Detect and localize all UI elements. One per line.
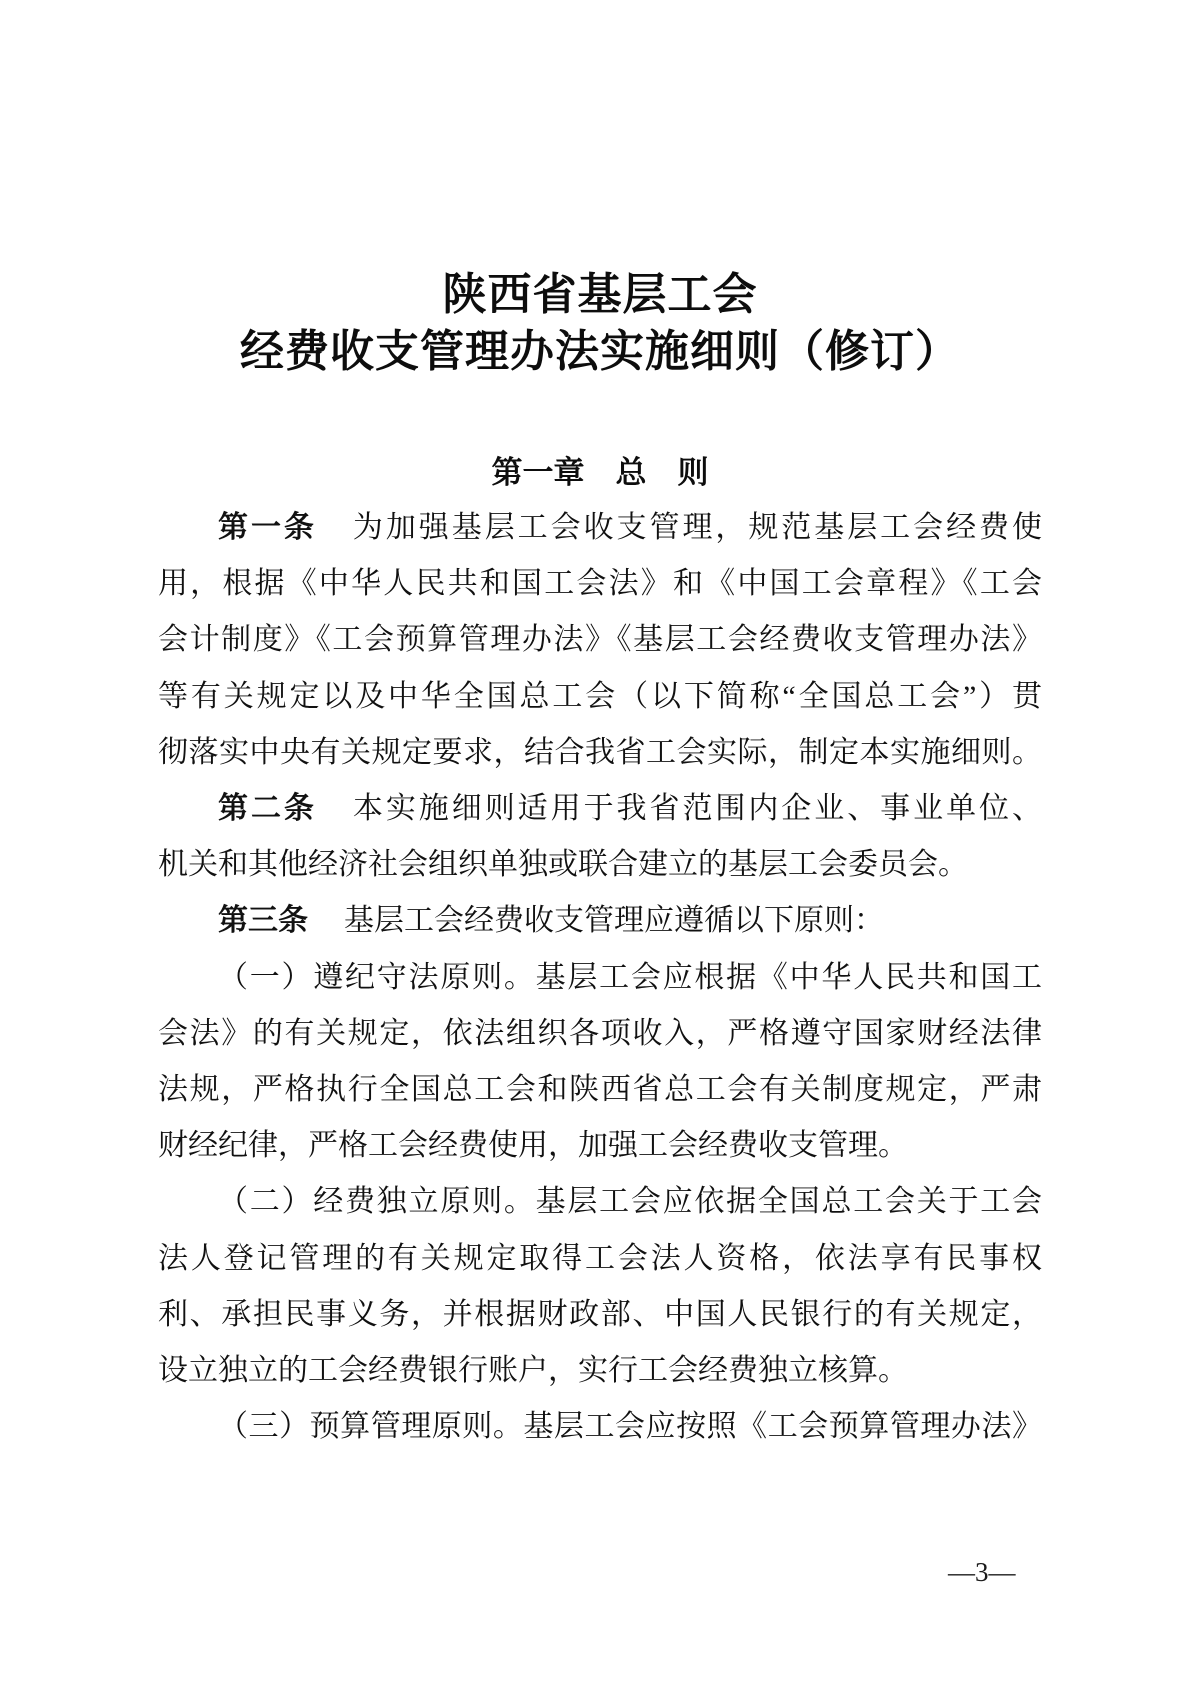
body-line: 设立独立的工会经费银行账户，实行工会经费独立核算。 (158, 1343, 1042, 1399)
document-title: 陕西省基层工会 经费收支管理办法实施细则（修订） (158, 266, 1042, 380)
line-text: 为加强基层工会收支管理，规范基层工会经费使 (353, 511, 1042, 544)
body-line: 第二条本实施细则适用于我省范围内企业、事业单位、 (158, 781, 1042, 837)
body-line: 会计制度》《工会预算管理办法》《基层工会经费收支管理办法》 (158, 612, 1042, 668)
body-line: 彻落实中央有关规定要求，结合我省工会实际，制定本实施细则。 (158, 725, 1042, 781)
page-number: —3— (948, 1556, 1016, 1588)
body-line: （一）遵纪守法原则。基层工会应根据《中华人民共和国工 (158, 950, 1042, 1006)
line-text: 法规，严格执行全国总工会和陕西省总工会有关制度规定，严肃 (158, 1073, 1042, 1106)
line-text: 机关和其他经济社会组织单独或联合建立的基层工会委员会。 (158, 848, 968, 881)
body-line: 财经纪律，严格工会经费使用，加强工会经费收支管理。 (158, 1118, 1042, 1174)
line-text: 用，根据《中华人民共和国工会法》和《中国工会章程》《工会 (158, 567, 1042, 600)
body-line: 第一条为加强基层工会收支管理，规范基层工会经费使 (158, 500, 1042, 556)
line-text: 利、承担民事义务，并根据财政部、中国人民银行的有关规定， (158, 1298, 1042, 1331)
document-body: 第一条为加强基层工会收支管理，规范基层工会经费使 用，根据《中华人民共和国工会法… (158, 500, 1042, 1455)
line-text: （三）预算管理原则。基层工会应按照《工会预算管理办法》 (218, 1410, 1042, 1443)
line-text: 设立独立的工会经费银行账户，实行工会经费独立核算。 (158, 1354, 908, 1387)
body-line: 用，根据《中华人民共和国工会法》和《中国工会章程》《工会 (158, 556, 1042, 612)
body-line: 会法》的有关规定，依法组织各项收入，严格遵守国家财经法律 (158, 1006, 1042, 1062)
line-text: 会计制度》《工会预算管理办法》《基层工会经费收支管理办法》 (158, 623, 1042, 656)
body-line: 法规，严格执行全国总工会和陕西省总工会有关制度规定，严肃 (158, 1062, 1042, 1118)
line-text: （一）遵纪守法原则。基层工会应根据《中华人民共和国工 (218, 961, 1042, 994)
title-line-1: 陕西省基层工会 (158, 266, 1042, 323)
body-line: 利、承担民事义务，并根据财政部、中国人民银行的有关规定， (158, 1287, 1042, 1343)
line-text: 法人登记管理的有关规定取得工会法人资格，依法享有民事权 (158, 1242, 1042, 1275)
title-line-2: 经费收支管理办法实施细则（修订） (158, 323, 1042, 380)
article-label: 第一条 (218, 511, 317, 544)
article-label: 第二条 (218, 792, 317, 825)
body-line: 第三条基层工会经费收支管理应遵循以下原则： (158, 893, 1042, 949)
body-line: 机关和其他经济社会组织单独或联合建立的基层工会委员会。 (158, 837, 1042, 893)
line-text: 彻落实中央有关规定要求，结合我省工会实际，制定本实施细则。 (158, 736, 1042, 769)
line-text: 本实施细则适用于我省范围内企业、事业单位、 (353, 792, 1042, 825)
body-line: 法人登记管理的有关规定取得工会法人资格，依法享有民事权 (158, 1231, 1042, 1287)
body-line: （二）经费独立原则。基层工会应依据全国总工会关于工会 (158, 1174, 1042, 1230)
document-page: 陕西省基层工会 经费收支管理办法实施细则（修订） 第一章 总 则 第一条为加强基… (0, 0, 1199, 1696)
line-text: 等有关规定以及中华全国总工会（以下简称“全国总工会”）贯 (158, 680, 1042, 713)
body-line: 等有关规定以及中华全国总工会（以下简称“全国总工会”）贯 (158, 669, 1042, 725)
line-text: 基层工会经费收支管理应遵循以下原则： (344, 904, 884, 937)
line-text: 财经纪律，严格工会经费使用，加强工会经费收支管理。 (158, 1129, 908, 1162)
line-text: （二）经费独立原则。基层工会应依据全国总工会关于工会 (218, 1185, 1042, 1218)
article-label: 第三条 (218, 904, 308, 937)
body-line: （三）预算管理原则。基层工会应按照《工会预算管理办法》 (158, 1399, 1042, 1455)
line-text: 会法》的有关规定，依法组织各项收入，严格遵守国家财经法律 (158, 1017, 1042, 1050)
chapter-heading: 第一章 总 则 (158, 452, 1042, 494)
